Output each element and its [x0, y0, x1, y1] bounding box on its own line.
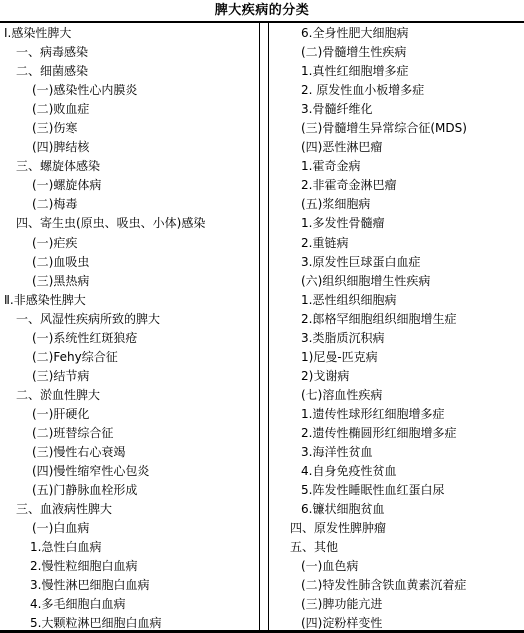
list-item: 2.郎格罕细胞组织细胞增生症 [270, 310, 524, 329]
list-item: (二)班替综合征 [0, 424, 258, 443]
list-item: 3.骨髓纤维化 [270, 100, 524, 119]
list-item: 2. 原发性血小板增多症 [270, 81, 524, 100]
list-item: 2.重链病 [270, 234, 524, 253]
list-item: 1.真性红细胞增多症 [270, 62, 524, 81]
list-item: 6.镰状细胞贫血 [270, 500, 524, 519]
list-item: (三)结节病 [0, 367, 258, 386]
list-item: (一)血色病 [270, 557, 524, 576]
list-item: (二)骨髓增生性疾病 [270, 43, 524, 62]
list-item: 3.慢性淋巴细胞白血病 [0, 576, 258, 595]
list-item: (二)特发性肺含铁血黄素沉着症 [270, 576, 524, 595]
left-column-list: Ⅰ.感染性脾大 一、病毒感染 二、细菌感染 (一)感染性心内膜炎 (二)败血症 … [0, 24, 258, 633]
list-item: (二)败血症 [0, 100, 258, 119]
list-item: 5.阵发性睡眠性血红蛋白尿 [270, 481, 524, 500]
list-item: 3.类脂质沉积病 [270, 329, 524, 348]
list-item: (三)脾功能亢进 [270, 595, 524, 614]
list-item: 2.遗传性椭圆形红细胞增多症 [270, 424, 524, 443]
list-item: 四、寄生虫(原虫、吸虫、小体)感染 [0, 214, 258, 233]
list-item: (四)脾结核 [0, 138, 258, 157]
top-rule [0, 21, 524, 23]
list-item: 一、风湿性疾病所致的脾大 [0, 310, 258, 329]
list-item: 3.原发性巨球蛋白血症 [270, 253, 524, 272]
list-item: (一)白血病 [0, 519, 258, 538]
list-item: (三)慢性右心衰竭 [0, 443, 258, 462]
right-column-list: 6.全身性肥大细胞病 (二)骨髓增生性疾病 1.真性红细胞增多症 2. 原发性血… [270, 24, 524, 633]
list-item: (五)门静脉血栓形成 [0, 481, 258, 500]
list-item: 五、其他 [270, 538, 524, 557]
list-item: 6.全身性肥大细胞病 [270, 24, 524, 43]
list-item: 1.霍奇金病 [270, 157, 524, 176]
list-item: 四、原发性脾肿瘤 [270, 519, 524, 538]
list-item: 1.急性白血病 [0, 538, 258, 557]
list-item: (六)组织细胞增生性疾病 [270, 272, 524, 291]
list-item: (一)肝硬化 [0, 405, 258, 424]
list-item: (二)血吸虫 [0, 253, 258, 272]
list-item: (一)螺旋体病 [0, 176, 258, 195]
list-item: 二、淤血性脾大 [0, 386, 258, 405]
list-item: 4.多毛细胞白血病 [0, 595, 258, 614]
list-item: 2)戈谢病 [270, 367, 524, 386]
list-item: 2.非霍奇金淋巴瘤 [270, 176, 524, 195]
list-item: (二)梅毒 [0, 195, 258, 214]
list-item: 1.多发性骨髓瘤 [270, 214, 524, 233]
list-item: 二、细菌感染 [0, 62, 258, 81]
list-item: (四)慢性缩窄性心包炎 [0, 462, 258, 481]
list-item: (一)系统性红斑狼疮 [0, 329, 258, 348]
list-item: 2.慢性粒细胞白血病 [0, 557, 258, 576]
list-item: Ⅰ.感染性脾大 [0, 24, 258, 43]
list-item: 三、血液病性脾大 [0, 500, 258, 519]
list-item: 1.遗传性球形红细胞增多症 [270, 405, 524, 424]
list-item: (三)伤寒 [0, 119, 258, 138]
list-item: (一)疟疾 [0, 234, 258, 253]
list-item: 一、病毒感染 [0, 43, 258, 62]
list-item: 3.海洋性贫血 [270, 443, 524, 462]
list-item: (三)黑热病 [0, 272, 258, 291]
list-item: 4.自身免疫性贫血 [270, 462, 524, 481]
document-title: 脾大疾病的分类 [0, 0, 524, 21]
list-item: 1)尼曼-匹克病 [270, 348, 524, 367]
list-item: (一)感染性心内膜炎 [0, 81, 258, 100]
list-item: (四)恶性淋巴瘤 [270, 138, 524, 157]
list-item: Ⅱ.非感染性脾大 [0, 291, 258, 310]
list-item: (二)Fehy综合征 [0, 348, 258, 367]
column-divider-left [259, 23, 260, 630]
list-item: (五)浆细胞病 [270, 195, 524, 214]
list-item: 1.恶性组织细胞病 [270, 291, 524, 310]
list-item: (三)骨髓增生异常综合征(MDS) [270, 119, 524, 138]
column-divider-right [268, 23, 269, 630]
list-item: 三、螺旋体感染 [0, 157, 258, 176]
list-item: (七)溶血性疾病 [270, 386, 524, 405]
